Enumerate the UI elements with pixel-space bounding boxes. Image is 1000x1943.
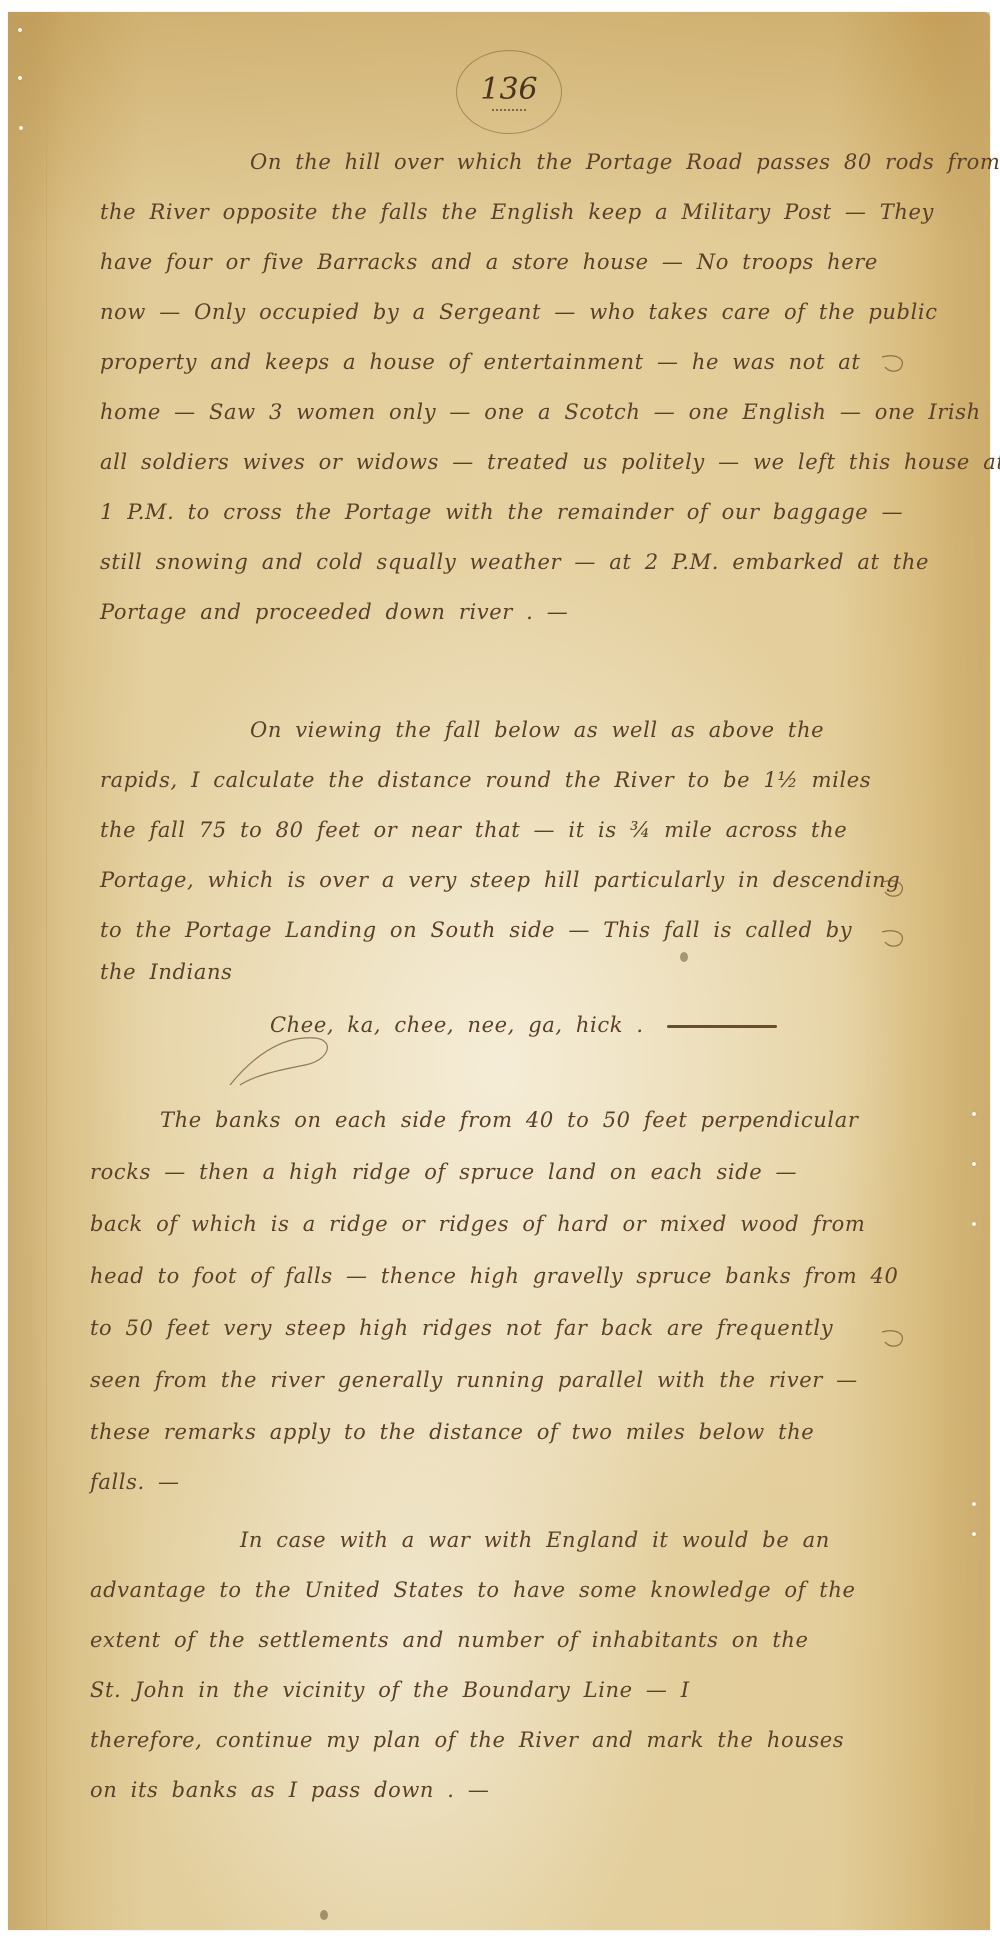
flourish-loop-icon: [220, 1030, 340, 1090]
text-line: the Indians: [100, 962, 232, 983]
text-line: extent of the settlements and number of …: [90, 1630, 809, 1651]
indian-name-line: Chee, ka, chee, nee, ga, hick .: [100, 1015, 777, 1036]
ink-stain: [680, 952, 688, 962]
text-line: The banks on each side from 40 to 50 fee…: [100, 1110, 858, 1131]
page-number-circle: 136: [456, 50, 562, 134]
binding-hole: [972, 1162, 976, 1166]
text-line: now — Only occupied by a Sergeant — who …: [100, 302, 938, 323]
text-line: the fall 75 to 80 feet or near that — it…: [100, 820, 847, 841]
text-line: rocks — then a high ridge of spruce land…: [90, 1162, 797, 1183]
binding-hole: [972, 1112, 976, 1116]
binding-hole: [972, 1502, 976, 1506]
text-line: St. John in the vicinity of the Boundary…: [90, 1680, 690, 1701]
text-line: seen from the river generally running pa…: [90, 1370, 858, 1391]
line-end-curl-icon: [880, 1320, 910, 1350]
text-line: on its banks as I pass down . —: [90, 1780, 489, 1801]
ending-flourish: [667, 1025, 777, 1028]
text-line: 1 P.M. to cross the Portage with the rem…: [100, 502, 903, 523]
ink-stain: [320, 1910, 328, 1920]
text-line: all soldiers wives or widows — treated u…: [100, 452, 1000, 473]
text-line: the River opposite the falls the English…: [100, 202, 934, 223]
line-end-curl-icon: [880, 345, 910, 375]
text-line: On viewing the fall below as well as abo…: [100, 720, 824, 741]
text-line: head to foot of falls — thence high grav…: [90, 1266, 898, 1287]
text-line: these remarks apply to the distance of t…: [90, 1422, 814, 1443]
page-number: 136: [480, 75, 537, 105]
text-line: to 50 feet very steep high ridges not fa…: [90, 1318, 833, 1339]
text-line: Portage, which is over a very steep hill…: [100, 870, 900, 891]
binding-hole: [18, 28, 22, 32]
text-line: property and keeps a house of entertainm…: [100, 352, 860, 373]
line-end-curl-icon: [880, 920, 910, 950]
binding-hole: [972, 1222, 976, 1226]
text-line: falls. —: [90, 1472, 180, 1493]
binding-hole: [19, 126, 23, 130]
text-line: On the hill over which the Portage Road …: [100, 152, 1000, 173]
text-line: In case with a war with England it would…: [100, 1530, 830, 1551]
text-line: still snowing and cold squally weather —…: [100, 552, 929, 573]
binding-hole: [972, 1532, 976, 1536]
page-number-underline: [492, 109, 526, 114]
binding-hole: [18, 76, 22, 80]
text-line: therefore, continue my plan of the River…: [90, 1730, 844, 1751]
text-line: rapids, I calculate the distance round t…: [100, 770, 871, 791]
line-end-curl-icon: [880, 870, 910, 900]
text-line: home — Saw 3 women only — one a Scotch —…: [100, 402, 981, 423]
text-line: advantage to the United States to have s…: [90, 1580, 855, 1601]
text-line: to the Portage Landing on South side — T…: [100, 920, 852, 941]
text-line: have four or five Barracks and a store h…: [100, 252, 878, 273]
text-line: Portage and proceeded down river . —: [100, 602, 568, 623]
text-line: back of which is a ridge or ridges of ha…: [90, 1214, 865, 1235]
